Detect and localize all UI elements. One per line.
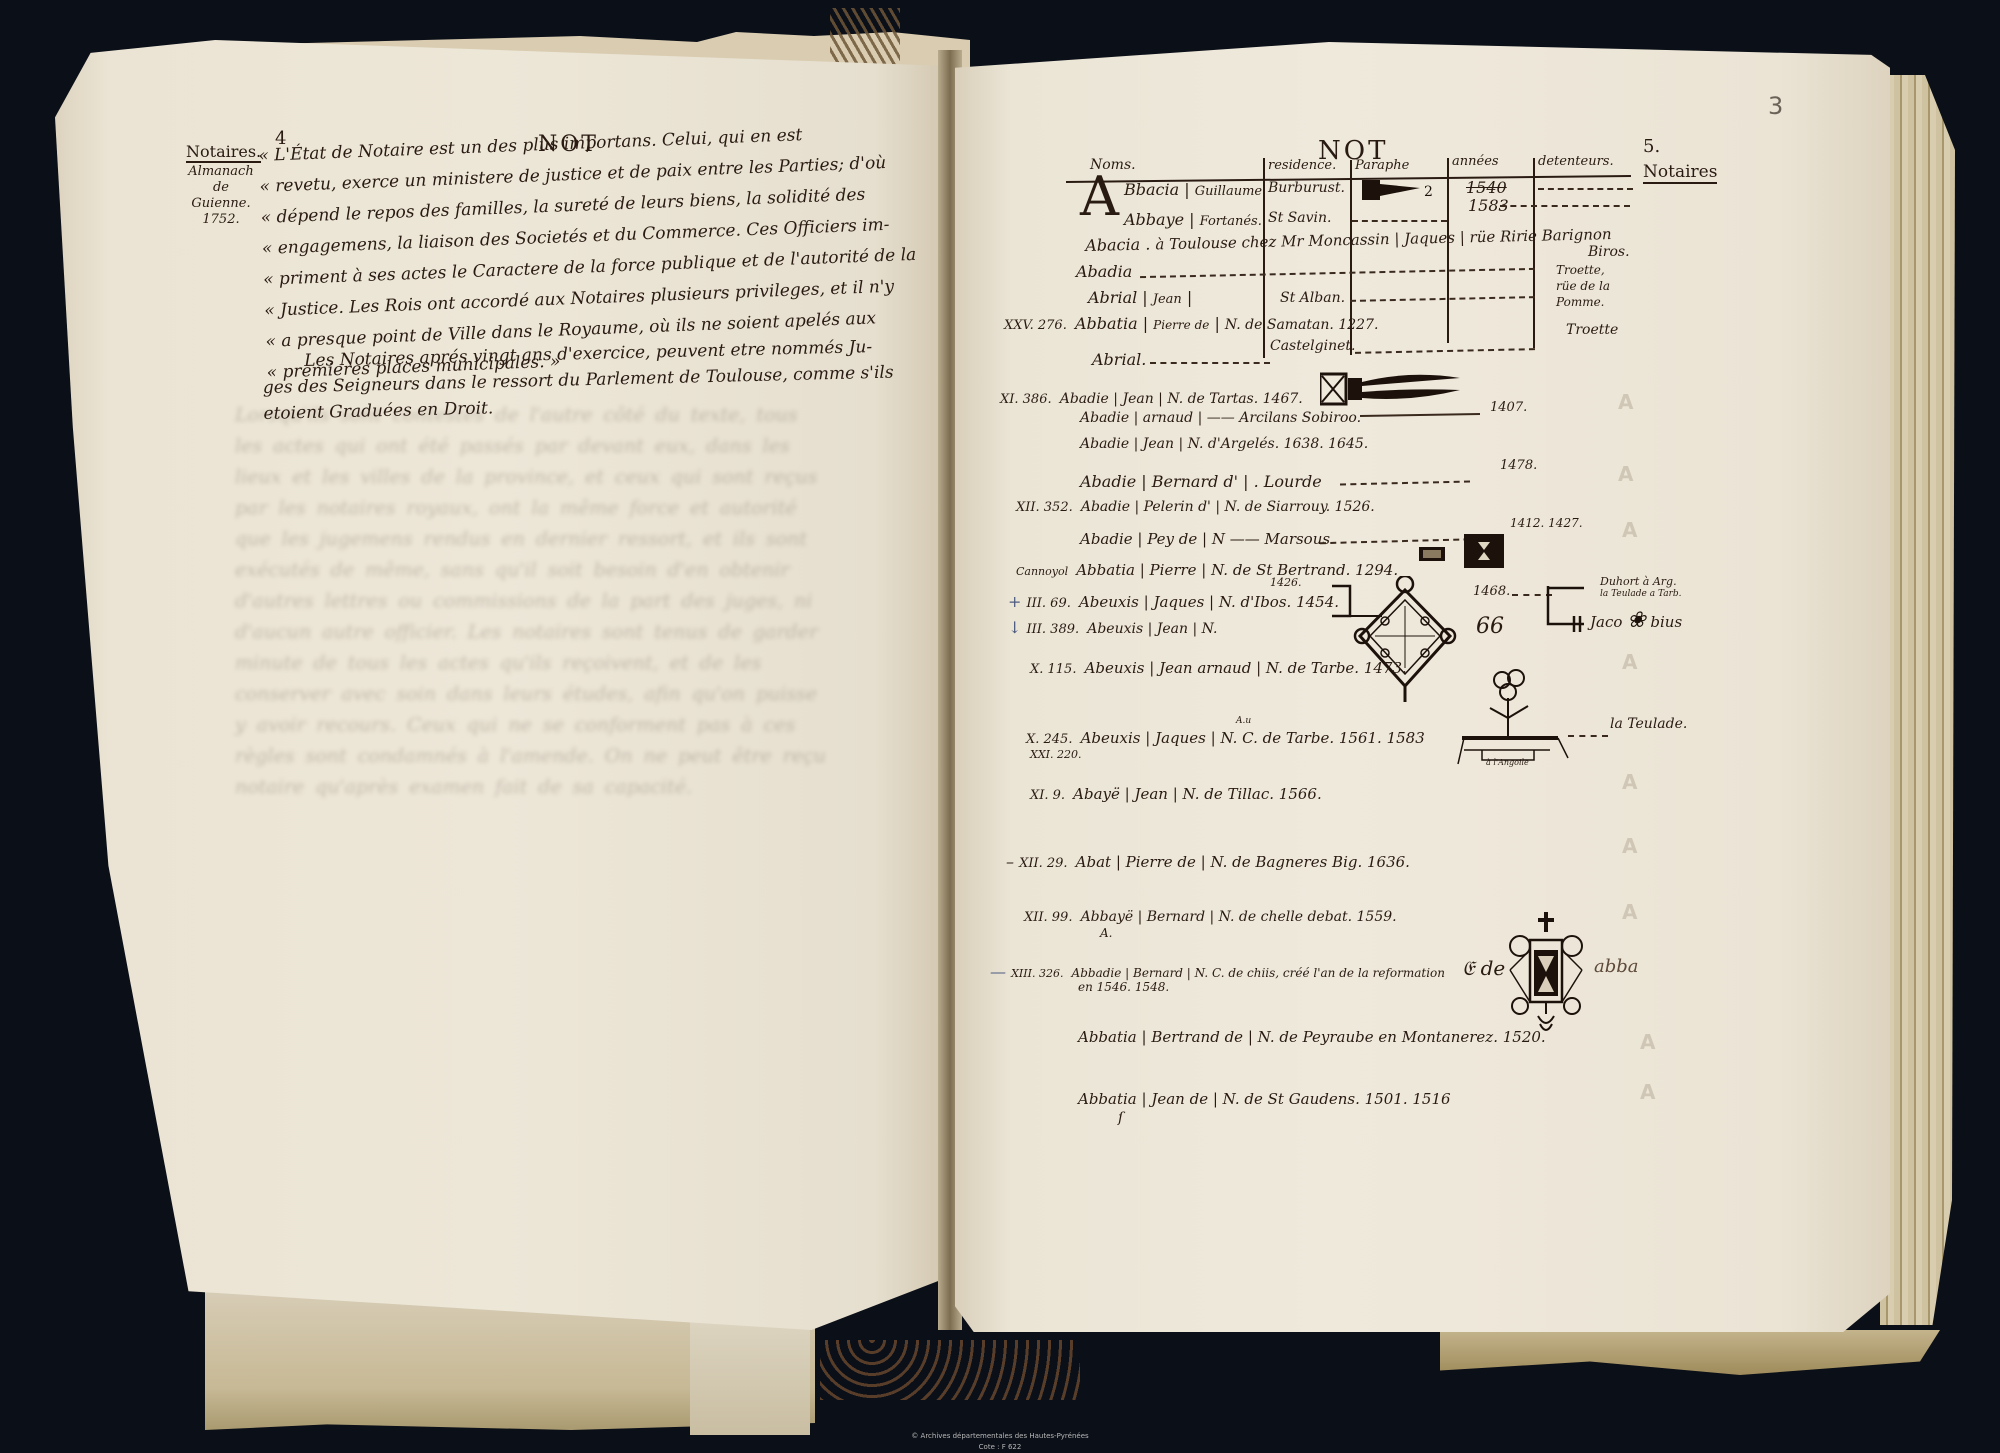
table-row: Abrial. [1092,350,1146,369]
flowerpot-emblem [1450,668,1590,772]
dash-leader [1538,188,1633,190]
svg-text:2: 2 [1424,184,1433,200]
dash-leader [1352,220,1447,222]
entry-row: Abadie | Jean | N. d'Argelés. 1638. 1645… [1080,436,1368,452]
table-cell-residence: St Alban. [1280,290,1345,306]
entry-year-above: 1426. [1270,576,1302,589]
dash-leader [1568,735,1608,737]
faint-margin-mark: A [1622,900,1637,924]
right-margin-heading: Notaires [1643,162,1717,184]
column-header-residence: residence. [1268,158,1336,173]
faint-margin-mark: A [1622,834,1637,858]
entry-row: XI. 9. Abayë | Jean | N. de Tillac. 1566… [1030,784,1322,803]
table-cell-residence: Castelginet. [1270,338,1355,354]
table-cell-residence: St Savin. [1268,210,1331,226]
left-margin-source: Almanach de Guienne. 1752. [186,164,256,228]
binding-string-top [830,8,900,68]
faint-margin-mark: A [1640,1080,1655,1104]
entry-second-ref: XXI. 220. [1030,748,1082,761]
entry-row: Abadie | Pey de | N —— Marsous [1080,530,1330,548]
drop-cap-initial: A [1080,170,1119,224]
entry-row: X. 115. Abeuxis | Jean arnaud | N. de Ta… [1030,658,1407,677]
cross-notarial-seal [1506,910,1586,1042]
column-header-detenteurs: detenteurs. [1538,154,1614,169]
right-page-stack [1880,75,1955,1325]
entry-continuation: en 1546. 1548. [1078,980,1169,994]
flower-seal-mark: ❀ [1627,608,1645,633]
entry-note-below: A. [1100,926,1112,940]
table-cell-holder: Troette [1566,322,1618,338]
entry-holder: la Teulade. [1610,716,1687,732]
entry-row: X. 245. Abeuxis | Jaques | N. C. de Tarb… [1026,728,1425,747]
entry-row: XII. 99. Abbayë | Bernard | N. de chelle… [1024,906,1397,925]
table-col-rule [1533,158,1535,348]
folio-number: 3 [1768,92,1783,120]
table-cell-residence: Burburust. [1268,180,1345,196]
entry-row: — XIII. 326. Abbadie | Bernard | N. C. d… [990,962,1445,981]
faint-margin-mark: A [1618,390,1633,414]
entry-year: 1412. 1427. [1510,516,1583,530]
column-header-paraphe: Paraphe [1355,158,1409,173]
right-lower-leaf-edge [1440,1330,1940,1375]
entry-year: 1407. [1490,400,1527,415]
side-note-duhort: Duhort à Arg. la Teulade a Tarb. [1600,576,1682,600]
paraphe-flag-mark: 2 [1360,178,1420,202]
entry-row: XII. 352. Abadie | Pelerin d' | N. de Si… [1016,496,1375,515]
faint-margin-mark: A [1622,770,1637,794]
right-page-number: 5. [1643,136,1660,157]
left-paragraph: Les Notaires aprés vingt ans d'exercice,… [262,337,894,424]
entry-year: 1478. [1500,458,1537,473]
faint-margin-mark: A [1622,650,1637,674]
seal-label-right: abba [1594,956,1639,977]
entry-row: Abadie | Bernard d' | . Lourde [1080,472,1322,491]
block-seal-mark [1464,534,1504,572]
entry-note-above: A.u [1236,716,1251,726]
copyright-footer: © Archives départementales des Hautes-Py… [0,1432,2000,1440]
small-seal-mark [1418,546,1446,566]
entry-row: XI. 386. Abadie | Jean | N. de Tartas. 1… [1000,388,1303,407]
seal-label-left: 𝔈 de [1462,956,1505,980]
entry-row: ↓ III. 389. Abeuxis | Jean | N. [1008,618,1217,637]
seal-digits: 66 [1476,614,1504,639]
left-margin-heading: Notaires. [186,142,261,163]
table-row: Abbaye | Fortanés. [1124,210,1262,229]
pen-mark: ſ [1118,1110,1123,1126]
dash-leader [1500,205,1630,207]
entry-row: Abbatia | Jean de | N. de St Gaudens. 15… [1078,1090,1451,1108]
binding-strings-bottom [820,1340,1080,1400]
bleed-through-text: Lorsqu'ils sont contestés de l'autre côt… [235,400,835,880]
cote-footer: Cote : F 622 [0,1443,2000,1451]
faint-margin-mark: A [1640,1030,1655,1054]
table-cell-year: 1540 [1466,178,1507,197]
table-cell-holder: Biros. [1588,244,1630,260]
table-col-rule [1447,158,1449,343]
table-row: Bbacia | Guillaume [1124,180,1262,199]
table-cell-holder: Troette, rüe de la Pomme. [1556,262,1628,310]
side-note-jacob: Jaco ❀ bius [1590,608,1682,633]
table-row: XXV. 276. Abbatia | Pierre de | N. de Sa… [1004,314,1378,333]
entry-row: – XII. 29. Abat | Pierre de | N. de Bagn… [1006,852,1410,871]
entry-row: Abadie | arnaud | —— Arcilans Sobiroo. [1080,410,1361,426]
table-row: Abrial | Jean | [1088,288,1192,307]
column-header-annees: années [1452,154,1499,169]
table-row: Abadia [1076,262,1132,281]
entry-row: Abbatia | Bertrand de | N. de Peyraube e… [1078,1028,1546,1046]
faint-margin-mark: A [1618,462,1633,486]
faint-margin-mark: A [1622,518,1637,542]
entry-row: + III. 69. Abeuxis | Jaques | N. d'Ibos.… [1008,592,1339,611]
dash-leader [1150,362,1270,364]
emblem-label: à l'Angoile [1486,758,1529,767]
